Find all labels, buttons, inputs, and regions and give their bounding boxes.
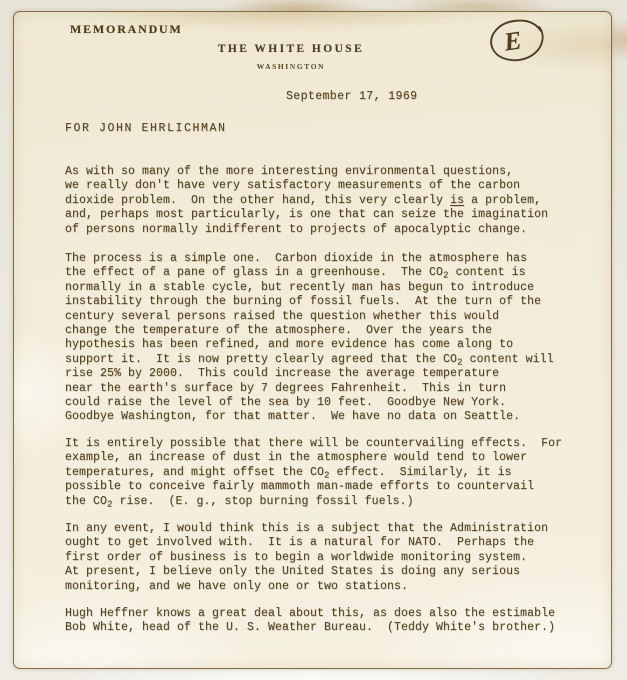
- body-paragraph-2: The process is a simple one. Carbon diox…: [65, 252, 585, 425]
- letterhead: THE WHITE HOUSE WASHINGTON: [151, 43, 431, 71]
- memo-label: MEMORANDUM: [70, 22, 183, 37]
- recipient-line: FOR JOHN EHRLICHMAN: [65, 122, 227, 135]
- body-paragraph-1: As with so many of the more interesting …: [65, 165, 585, 237]
- annotation-letter: E: [501, 26, 523, 57]
- date-line: September 17, 1969: [286, 90, 417, 103]
- body-paragraph-3: It is entirely possible that there will …: [65, 437, 585, 509]
- letterhead-title: THE WHITE HOUSE: [151, 43, 431, 55]
- body-paragraph-5: Hugh Heffner knows a great deal about th…: [65, 607, 585, 636]
- memo-page: MEMORANDUM E THE WHITE HOUSE WASHINGTON …: [13, 11, 612, 669]
- body-paragraph-4: In any event, I would think this is a su…: [65, 522, 585, 594]
- letterhead-subtitle: WASHINGTON: [151, 62, 431, 71]
- circled-e-annotation: E: [487, 16, 549, 68]
- scanned-memo-background: MEMORANDUM E THE WHITE HOUSE WASHINGTON …: [0, 0, 627, 680]
